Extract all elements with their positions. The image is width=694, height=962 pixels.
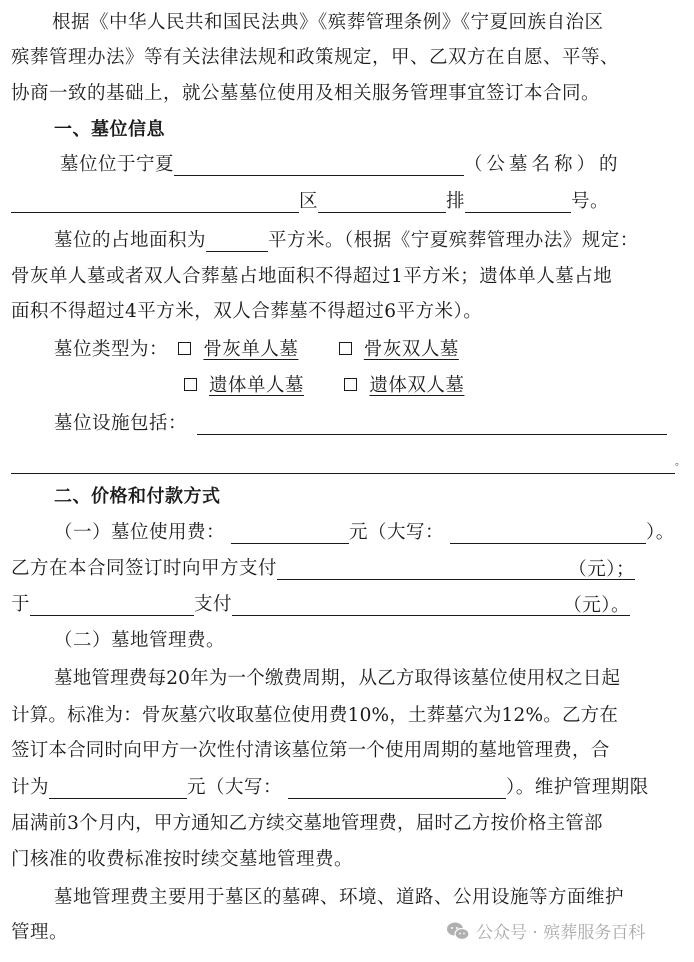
usage-fee-capital-field[interactable]	[450, 523, 646, 544]
pay-line-2: 于支付（元）。	[11, 594, 630, 616]
checkbox-ash-double[interactable]	[339, 342, 352, 355]
checkbox-body-single[interactable]	[184, 378, 197, 391]
mgmt-total-prefix: 计为	[11, 777, 49, 798]
watermark-text: 公众号 · 殡葬服务百科	[476, 923, 645, 943]
pay-amount-2-field[interactable]: （元）。	[232, 595, 630, 616]
type-row-2: 遗体单人墓 遗体双人墓	[184, 375, 464, 397]
mgmt-p1-line-4: 计为元（大写：）。维护管理期限	[11, 777, 649, 799]
mgmt-total-field[interactable]	[49, 778, 187, 799]
watermark: 公众号 · 殡葬服务百科	[446, 922, 645, 944]
usage-fee-close: ）。	[646, 522, 675, 543]
location-line-2: 区排号。	[11, 191, 609, 213]
mgmt-total-capital-field[interactable]	[288, 778, 506, 799]
facilities-label: 墓位设施包括：	[54, 413, 187, 434]
checkbox-body-double[interactable]	[344, 378, 357, 391]
option-ash-single[interactable]: 骨灰单人墓	[203, 339, 298, 360]
pay-line-label: 乙方在本合同签订时向甲方支付	[11, 558, 277, 579]
area-line-3: 面积不得超过4平方米，双人合葬墓不得超过6平方米）。	[11, 301, 482, 323]
location-prefix: 墓位位于宁夏	[60, 154, 174, 175]
section-1-heading: 一、墓位信息	[54, 119, 165, 141]
location-line-1: 墓位位于宁夏（公墓名称）的	[60, 154, 622, 176]
cemetery-name-label: （公墓名称）的	[464, 154, 622, 175]
pay-date-field[interactable]	[30, 595, 194, 616]
mgmt-p1-line-3: 签订本合同时向甲方一次性付清该墓位第一个使用周期的墓地管理费，合	[11, 740, 609, 762]
row-field[interactable]	[318, 192, 446, 213]
type-row-1: 墓位类型为： 骨灰单人墓 骨灰双人墓	[54, 339, 459, 361]
mgmt-fee-heading: （二）墓地管理费。	[54, 630, 225, 652]
option-body-single[interactable]: 遗体单人墓	[209, 375, 304, 396]
section-2-heading: 二、价格和付款方式	[54, 486, 221, 508]
facilities-field-1[interactable]	[197, 414, 667, 435]
option-ash-double[interactable]: 骨灰双人墓	[364, 339, 459, 360]
number-field[interactable]	[465, 192, 571, 213]
area-line-1: 墓位的占地面积为平方米。（根据《宁夏殡葬管理办法》规定：	[54, 230, 639, 252]
district-label: 区	[299, 191, 318, 212]
mgmt-p1-line-5: 届满前3个月内，甲方通知乙方续交墓地管理费，届时乙方按价格主管部	[11, 813, 603, 835]
cemetery-name-field[interactable]	[174, 155, 464, 176]
pay-line-1: 乙方在本合同签订时向甲方支付（元）；	[11, 558, 635, 580]
mgmt-p2-line-1: 墓地管理费主要用于墓区的墓碑、环境、道路、公用设施等方面维护	[54, 887, 624, 909]
facilities-line-2: 。	[11, 449, 686, 474]
usage-fee-label: （一）墓位使用费：	[54, 522, 225, 543]
mgmt-total-yuan: 元（大写：	[187, 777, 282, 798]
mgmt-p1-line-1: 墓地管理费每20年为一个缴费周期，从乙方取得该墓位使用权之日起	[54, 668, 620, 690]
mgmt-p1-line-6: 门核准的收费标准按时续交墓地管理费。	[11, 849, 353, 871]
option-body-double[interactable]: 遗体双人墓	[369, 375, 464, 396]
pay-amount-field[interactable]: （元）；	[277, 559, 635, 580]
mgmt-p2-line-2: 管理。	[11, 922, 68, 944]
area-line-2: 骨灰单人墓或者双人合葬墓占地面积不得超过1平方米；遗体单人墓占地	[11, 266, 612, 288]
usage-fee-line: （一）墓位使用费：元（大写：）。	[54, 522, 675, 544]
pay-yu: 于	[11, 594, 30, 615]
area-line-1-rest: 平方米。（根据《宁夏殡葬管理办法》规定：	[268, 230, 639, 251]
usage-fee-amount-field[interactable]	[231, 523, 349, 544]
area-size-field[interactable]	[206, 231, 268, 252]
facilities-line-1: 墓位设施包括：	[54, 413, 667, 435]
row-label: 排	[446, 191, 465, 212]
intro-line-1: 根据《中华人民共和国民法典》《殡葬管理条例》《宁夏回族自治区	[52, 12, 604, 34]
number-label: 号。	[571, 191, 609, 212]
pay-zhifu: 支付	[194, 594, 232, 615]
mgmt-total-rest: ）。维护管理期限	[506, 777, 649, 798]
district-field[interactable]	[11, 192, 299, 213]
pay-unit: （元）；	[568, 559, 635, 581]
intro-line-3: 协商一致的基础上，就公墓墓位使用及相关服务管理事宜签订本合同。	[11, 83, 600, 105]
wechat-icon	[446, 921, 470, 941]
pay-unit-2: （元）。	[563, 595, 630, 617]
facilities-end: 。	[675, 457, 686, 468]
checkbox-ash-single[interactable]	[178, 342, 191, 355]
facilities-field-2[interactable]	[11, 453, 675, 474]
mgmt-p1-line-2: 计算。标准为：骨灰墓穴收取墓位使用费10%，土葬墓穴为12%。乙方在	[11, 705, 618, 727]
area-prefix: 墓位的占地面积为	[54, 230, 206, 251]
usage-fee-yuan: 元（大写：	[349, 522, 444, 543]
intro-line-2: 殡葬管理办法》等有关法律法规和政策规定，甲、乙双方在自愿、平等、	[11, 47, 619, 69]
type-label: 墓位类型为：	[54, 339, 168, 360]
